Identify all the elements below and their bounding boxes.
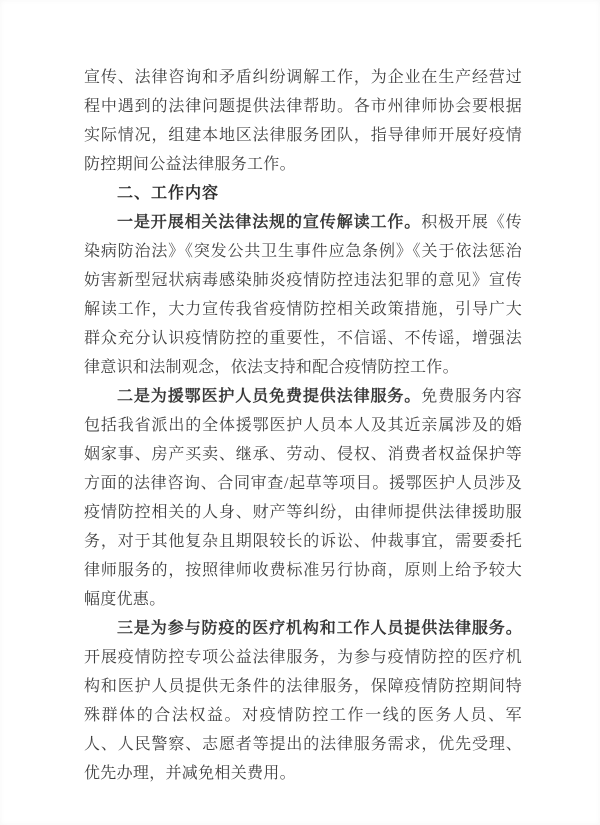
paragraph-item-3: 三是为参与防疫的医疗机构和工作人员提供法律服务。开展疫情防控专项公益法律服务，为… xyxy=(84,614,522,788)
text-segment-normal: 积极开展《传染病防治法》《突发公共卫生事件应急条例》《关于依法惩治妨害新型冠状病… xyxy=(84,214,522,376)
text-segment-normal: 免费服务内容包括我省派出的全体援鄂医护人员本人及其近亲属涉及的婚姻家事、房产买卖… xyxy=(84,388,522,608)
paragraph-continuation: 宣传、法律咨询和矛盾纠纷调解工作，为企业在生产经营过程中遇到的法律问题提供法律帮… xyxy=(84,63,522,179)
text-segment-lead: 二是为援鄂医护人员免费提供法律服务。 xyxy=(117,388,421,405)
document-page: 宣传、法律咨询和矛盾纠纷调解工作，为企业在生产经营过程中遇到的法律问题提供法律帮… xyxy=(0,0,600,825)
paragraph-item-1: 一是开展相关法律法规的宣传解读工作。积极开展《传染病防治法》《突发公共卫生事件应… xyxy=(84,208,522,382)
heading-section-2: 二、工作内容 xyxy=(84,179,522,208)
document-body: 宣传、法律咨询和矛盾纠纷调解工作，为企业在生产经营过程中遇到的法律问题提供法律帮… xyxy=(84,63,522,788)
text-segment-lead: 一是开展相关法律法规的宣传解读工作。 xyxy=(117,214,421,231)
text-segment-normal: 宣传、法律咨询和矛盾纠纷调解工作，为企业在生产经营过程中遇到的法律问题提供法律帮… xyxy=(84,69,522,173)
text-segment-normal: 开展疫情防控专项公益法律服务，为参与疫情防控的医疗机构和医护人员提供无条件的法律… xyxy=(84,649,522,782)
text-segment-lead: 三是为参与防疫的医疗机构和工作人员提供法律服务。 xyxy=(117,620,522,637)
text-segment-heading: 二、工作内容 xyxy=(117,185,219,202)
paragraph-item-2: 二是为援鄂医护人员免费提供法律服务。免费服务内容包括我省派出的全体援鄂医护人员本… xyxy=(84,382,522,614)
